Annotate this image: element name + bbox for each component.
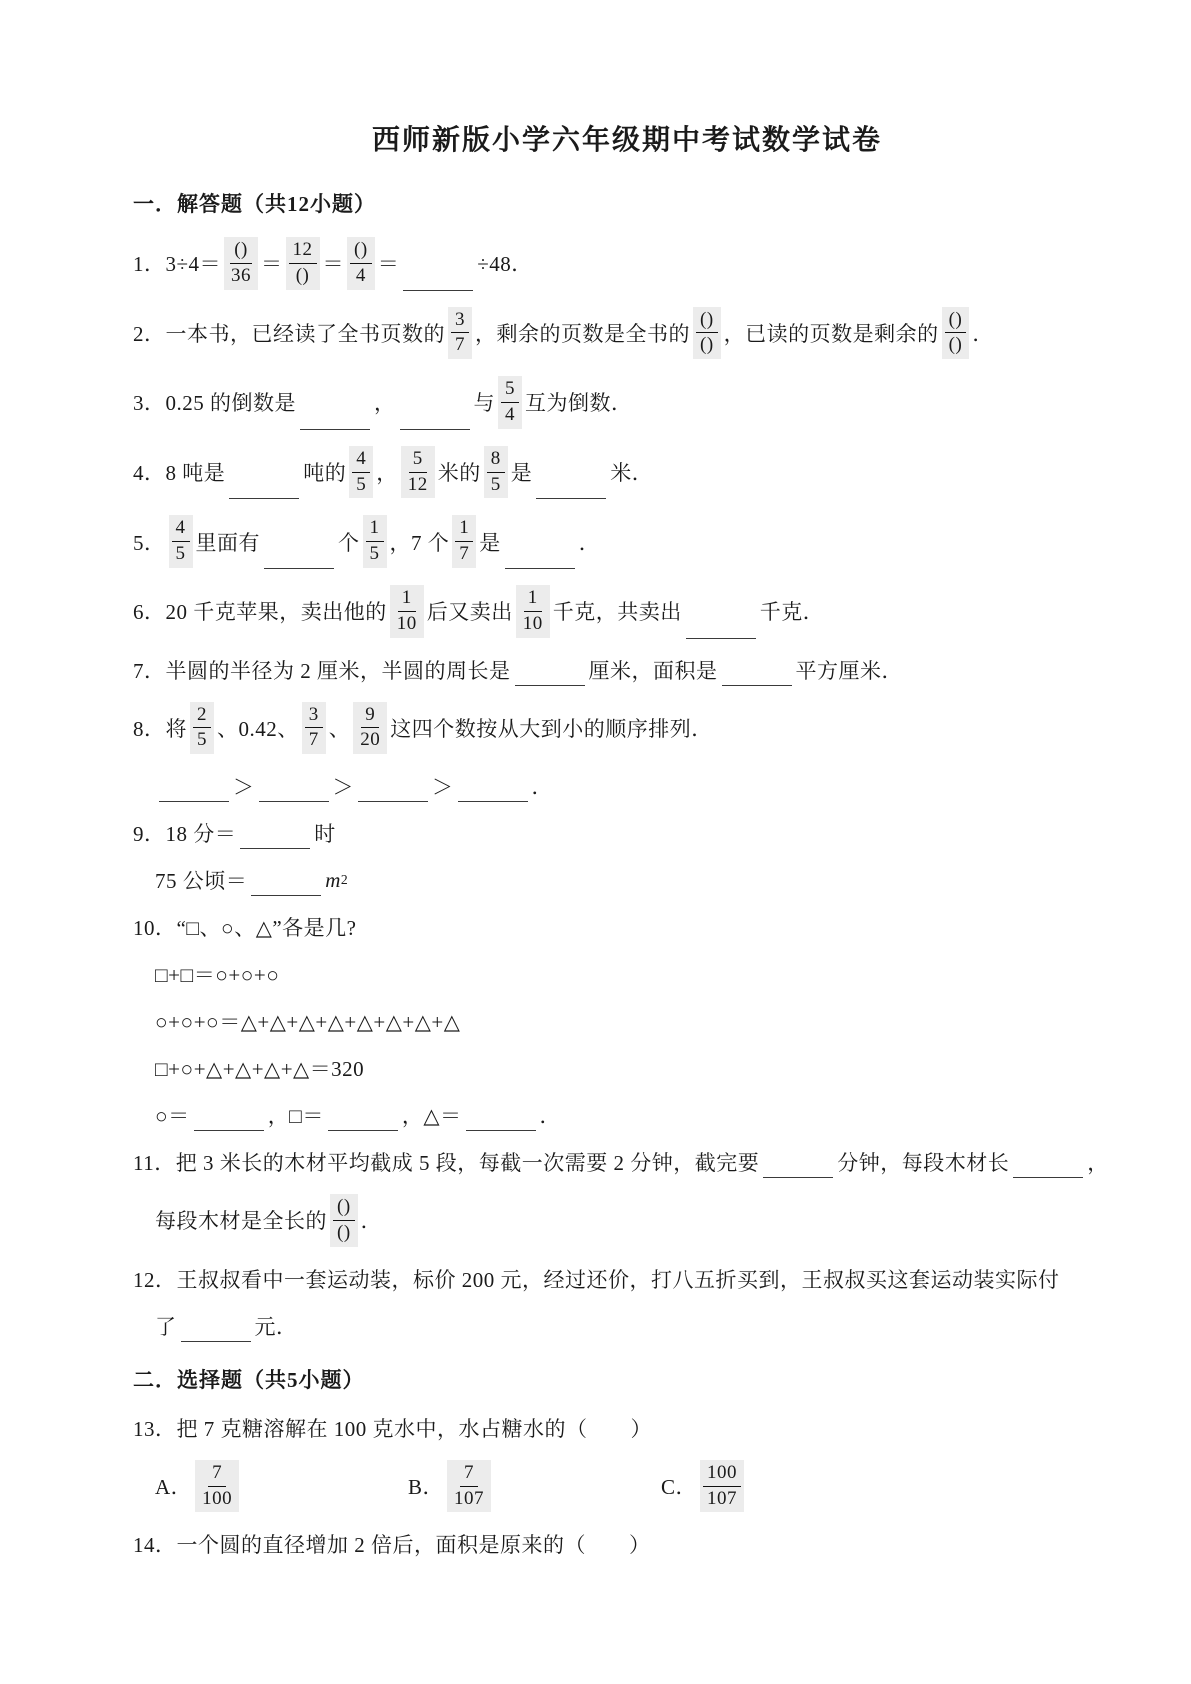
fraction: 512	[401, 446, 435, 499]
exam-title: 西师新版小学六年级期中考试数学试卷	[133, 118, 1121, 158]
fraction: 100107	[700, 1460, 744, 1513]
question-line: 75 公顷＝m2	[133, 864, 1121, 896]
text-run: 3．0.25 的倒数是	[133, 387, 296, 417]
answer-blank	[515, 660, 585, 685]
text-run: m	[325, 868, 341, 893]
answer-blank	[1013, 1153, 1083, 1178]
fraction: 54	[498, 376, 522, 429]
text-run: 75 公顷＝	[155, 865, 247, 895]
question-line: ＞＞＞．	[133, 770, 1121, 802]
answer-blank	[229, 474, 299, 499]
fraction-denominator: 100	[198, 1487, 236, 1511]
fraction: 920	[353, 702, 387, 755]
fraction: 110	[516, 585, 550, 638]
text-run: 每段木材是全长的	[155, 1205, 327, 1235]
text-run: 14．一个圆的直径增加 2 倍后，面积是原来的（ ）	[133, 1529, 651, 1559]
fraction: 12()	[286, 237, 320, 290]
question-line: 13．把 7 克糖溶解在 100 克水中，水占糖水的（ ）	[133, 1412, 1121, 1444]
fraction-numerator: 3	[305, 704, 323, 729]
fraction-numerator: 1	[366, 517, 384, 542]
fraction: ()36	[224, 237, 258, 290]
fraction-denominator: 107	[450, 1487, 488, 1511]
text-run: 10．“□、○、△”各是几?	[133, 912, 356, 942]
text-run: 后又卖出	[427, 596, 513, 626]
fraction-denominator: 7	[451, 333, 469, 357]
options-line: A．7100B．7107C．100107	[133, 1459, 1121, 1514]
question-line: 10．“□、○、△”各是几?	[133, 911, 1121, 943]
fraction-denominator: 5	[172, 542, 190, 566]
question-line: 7．半圆的半径为 2 厘米，半圆的周长是厘米，面积是平方厘米．	[133, 654, 1121, 686]
fraction-denominator: 10	[393, 612, 421, 636]
choice-label: A．	[155, 1471, 192, 1501]
question-line: ○+○+○＝△+△+△+△+△+△+△+△	[133, 1005, 1121, 1037]
fraction: 7100	[195, 1460, 239, 1513]
fraction-numerator: 4	[172, 517, 190, 542]
fraction-denominator: 107	[703, 1487, 741, 1511]
answer-blank	[466, 1106, 536, 1131]
text-run: 2．一本书，已经读了全书页数的	[133, 318, 445, 348]
fraction-numerator: 1	[455, 517, 473, 542]
question-line: □+○+△+△+△+△＝320	[133, 1052, 1121, 1084]
answer-blank	[240, 824, 310, 849]
fraction-numerator: ()	[230, 239, 252, 264]
fraction: ()4	[347, 237, 375, 290]
text-run: 米．	[610, 457, 653, 487]
question-line: ○＝，□＝，△＝．	[133, 1099, 1121, 1131]
fraction-denominator: 36	[227, 264, 255, 288]
question-line: 2．一本书，已经读了全书页数的37，剩余的页数是全书的()()，已读的页数是剩余…	[133, 306, 1121, 361]
fraction-numerator: 3	[451, 309, 469, 334]
fraction-denominator: 4	[352, 264, 370, 288]
fraction-denominator: 12	[404, 473, 432, 497]
answer-blank	[763, 1153, 833, 1178]
fraction-numerator: 9	[361, 704, 379, 729]
answer-blank	[536, 474, 606, 499]
text-run: ，△＝	[402, 1100, 462, 1130]
text-run: 里面有	[196, 527, 261, 557]
superscript: 2	[341, 873, 348, 887]
fraction-denominator: 10	[519, 612, 547, 636]
fraction: 110	[390, 585, 424, 638]
text-run: 、	[329, 713, 351, 743]
text-run: ，已读的页数是剩余的	[724, 318, 939, 348]
fraction-numerator: 7	[460, 1462, 478, 1487]
answer-blank	[358, 777, 428, 802]
answer-blank	[458, 777, 528, 802]
fraction-numerator: ()	[333, 1196, 355, 1221]
question-line: 9．18 分＝时	[133, 817, 1121, 849]
answer-blank	[403, 265, 473, 290]
fraction-denominator: 7	[305, 728, 323, 752]
text-run: 是	[511, 457, 533, 487]
fraction-denominator: 7	[455, 542, 473, 566]
answer-blank	[300, 405, 370, 430]
question-line: 5．45里面有个15，7 个17是．	[133, 514, 1121, 569]
answer-blank	[259, 777, 329, 802]
text-run: ，7 个	[390, 527, 450, 557]
fraction-denominator: 4	[501, 403, 519, 427]
fraction-numerator: 100	[703, 1462, 741, 1487]
fraction: ()()	[942, 307, 970, 360]
fraction-denominator: ()	[696, 333, 718, 357]
answer-blank	[686, 613, 756, 638]
text-run: ．	[579, 527, 601, 557]
answer-blank	[328, 1106, 398, 1131]
question-line: 1．3÷4＝()36＝12()＝()4＝÷48．	[133, 236, 1121, 291]
text-run: ，	[374, 387, 396, 417]
text-run: ＞	[333, 771, 355, 801]
text-run: 12．王叔叔看中一套运动装，标价 200 元，经过还价，打八五折买到，王叔叔买这…	[133, 1264, 1060, 1294]
text-run: 9．18 分＝	[133, 818, 236, 848]
fraction: 37	[302, 702, 326, 755]
text-run: 元．	[255, 1311, 298, 1341]
text-run: 互为倒数．	[525, 387, 633, 417]
text-run: 6．20 千克苹果，卖出他的	[133, 596, 387, 626]
text-run: ＝	[261, 248, 283, 278]
text-run: ，剩余的页数是全书的	[475, 318, 690, 348]
fraction-numerator: 8	[487, 448, 505, 473]
text-run: 分钟，每段木材长	[837, 1147, 1009, 1177]
choice-label: C．	[661, 1471, 697, 1501]
text-run: ÷48．	[477, 248, 533, 278]
fraction-denominator: ()	[292, 264, 314, 288]
fraction-numerator: 1	[524, 587, 542, 612]
choice-label: B．	[408, 1471, 444, 1501]
question-line: 4．8 吨是吨的45，512米的85是米．	[133, 445, 1121, 500]
text-run: 与	[474, 387, 496, 417]
text-run: ．	[540, 1100, 562, 1130]
text-run: 8．将	[133, 713, 187, 743]
fraction: ()()	[330, 1194, 358, 1247]
text-run: 4．8 吨是	[133, 457, 225, 487]
fraction-denominator: 5	[487, 473, 505, 497]
text-run: ．	[972, 318, 994, 348]
document-body: 一．解答题（共12小题）1．3÷4＝()36＝12()＝()4＝÷48．2．一本…	[133, 188, 1121, 1560]
fraction-numerator: 1	[398, 587, 416, 612]
text-run: 厘米，面积是	[589, 655, 718, 685]
choice-option: C．100107	[661, 1459, 747, 1514]
fraction: 17	[452, 515, 476, 568]
choice-option: B．7107	[408, 1459, 661, 1514]
question-line: 14．一个圆的直径增加 2 倍后，面积是原来的（ ）	[133, 1528, 1121, 1560]
fraction-denominator: ()	[333, 1221, 355, 1245]
text-run: 11．把 3 米长的木材平均截成 5 段，每截一次需要 2 分钟，截完要	[133, 1147, 759, 1177]
fraction-numerator: ()	[350, 239, 372, 264]
fraction-numerator: ()	[696, 309, 718, 334]
question-line: 了元．	[133, 1310, 1121, 1342]
text-run: 了	[155, 1311, 177, 1341]
text-run: ○＝	[155, 1100, 190, 1130]
text-run: ．	[532, 771, 554, 801]
choice-option: A．7100	[155, 1459, 408, 1514]
question-line: 12．王叔叔看中一套运动装，标价 200 元，经过还价，打八五折买到，王叔叔买这…	[133, 1263, 1121, 1295]
text-run: 是	[479, 527, 501, 557]
exam-paper-page: 西师新版小学六年级期中考试数学试卷 一．解答题（共12小题）1．3÷4＝()36…	[0, 0, 1191, 1684]
text-run: 、0.42、	[217, 713, 299, 743]
fraction-denominator: 20	[356, 728, 384, 752]
text-run: 这四个数按从大到小的顺序排列．	[390, 713, 713, 743]
answer-blank	[251, 871, 321, 896]
fraction: 15	[363, 515, 387, 568]
fraction-numerator: ()	[945, 309, 967, 334]
question-line: □+□＝○+○+○	[133, 958, 1121, 990]
section-heading-2: 二．选择题（共5小题）	[133, 1364, 1121, 1394]
text-run: ，	[1087, 1147, 1109, 1177]
text-run: ＝	[378, 248, 400, 278]
text-run: 千克，共卖出	[553, 596, 682, 626]
answer-blank	[264, 544, 334, 569]
fraction-denominator: ()	[945, 333, 967, 357]
fraction-numerator: 5	[501, 378, 519, 403]
fraction: 45	[169, 515, 193, 568]
text-run: 平方厘米．	[796, 655, 904, 685]
text-run: ．	[361, 1205, 383, 1235]
answer-blank	[181, 1317, 251, 1342]
fraction: ()()	[693, 307, 721, 360]
question-line: 3．0.25 的倒数是，与54互为倒数．	[133, 375, 1121, 430]
text-run: 吨的	[303, 457, 346, 487]
answer-blank	[722, 660, 792, 685]
text-run: □+□＝○+○+○	[155, 959, 279, 989]
fraction: 85	[484, 446, 508, 499]
text-run: □+○+△+△+△+△＝320	[155, 1053, 364, 1083]
fraction-numerator: 7	[208, 1462, 226, 1487]
fraction-numerator: 12	[289, 239, 317, 264]
text-run: ，	[376, 457, 398, 487]
text-run: 13．把 7 克糖溶解在 100 克水中，水占糖水的（ ）	[133, 1413, 652, 1443]
answer-blank	[505, 544, 575, 569]
answer-blank	[159, 777, 229, 802]
text-run: ○+○+○＝△+△+△+△+△+△+△+△	[155, 1006, 460, 1036]
fraction-numerator: 4	[352, 448, 370, 473]
text-run: 千克．	[760, 596, 825, 626]
text-run: 1．3÷4＝	[133, 248, 221, 278]
fraction: 25	[190, 702, 214, 755]
answer-blank	[400, 405, 470, 430]
fraction-numerator: 2	[193, 704, 211, 729]
text-run: 5．	[133, 527, 166, 557]
fraction-numerator: 5	[409, 448, 427, 473]
fraction-denominator: 5	[366, 542, 384, 566]
question-line: 11．把 3 米长的木材平均截成 5 段，每截一次需要 2 分钟，截完要分钟，每…	[133, 1146, 1121, 1178]
question-line: 每段木材是全长的()()．	[133, 1193, 1121, 1248]
text-run: ，□＝	[268, 1100, 324, 1130]
question-line: 8．将25、0.42、37、920这四个数按从大到小的顺序排列．	[133, 701, 1121, 756]
text-run: 时	[314, 818, 336, 848]
fraction-denominator: 5	[352, 473, 370, 497]
text-run: 个	[338, 527, 360, 557]
text-run: ＞	[233, 771, 255, 801]
fraction: 37	[448, 307, 472, 360]
fraction-denominator: 5	[193, 728, 211, 752]
text-run: 7．半圆的半径为 2 厘米，半圆的周长是	[133, 655, 511, 685]
answer-blank	[194, 1106, 264, 1131]
text-run: ＝	[323, 248, 345, 278]
fraction: 7107	[447, 1460, 491, 1513]
text-run: 米的	[438, 457, 481, 487]
text-run: ＞	[432, 771, 454, 801]
fraction: 45	[349, 446, 373, 499]
question-line: 6．20 千克苹果，卖出他的110后又卖出110千克，共卖出千克．	[133, 584, 1121, 639]
section-heading-1: 一．解答题（共12小题）	[133, 188, 1121, 218]
